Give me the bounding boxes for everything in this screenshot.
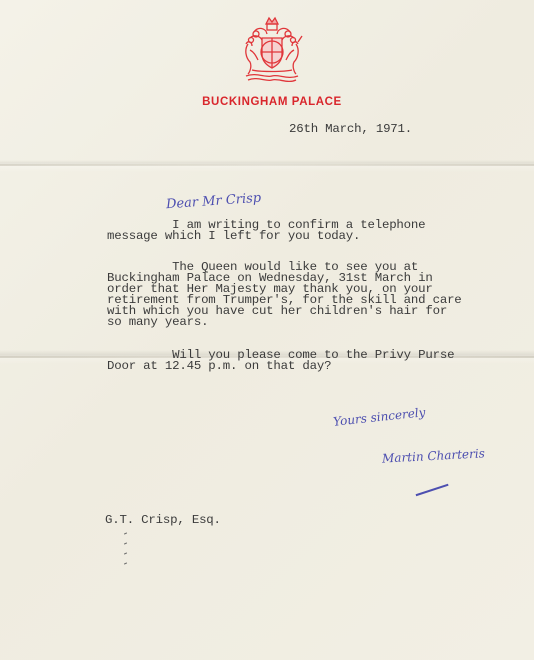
letter-paragraph: Will you please come to the Privy Purse …	[107, 350, 454, 372]
typewriter-marks	[124, 533, 130, 573]
letter-date: 26th March, 1971.	[289, 124, 412, 135]
letterhead-title: BUCKINGHAM PALACE	[0, 96, 534, 108]
addressee: G.T. Crisp, Esq.	[105, 515, 221, 526]
letter-paragraph: I am writing to confirm a telephone mess…	[107, 220, 425, 242]
royal-coat-of-arms-icon	[236, 14, 308, 86]
letter-paragraph: The Queen would like to see you at Bucki…	[107, 262, 462, 328]
paper-fold-line	[0, 164, 534, 166]
